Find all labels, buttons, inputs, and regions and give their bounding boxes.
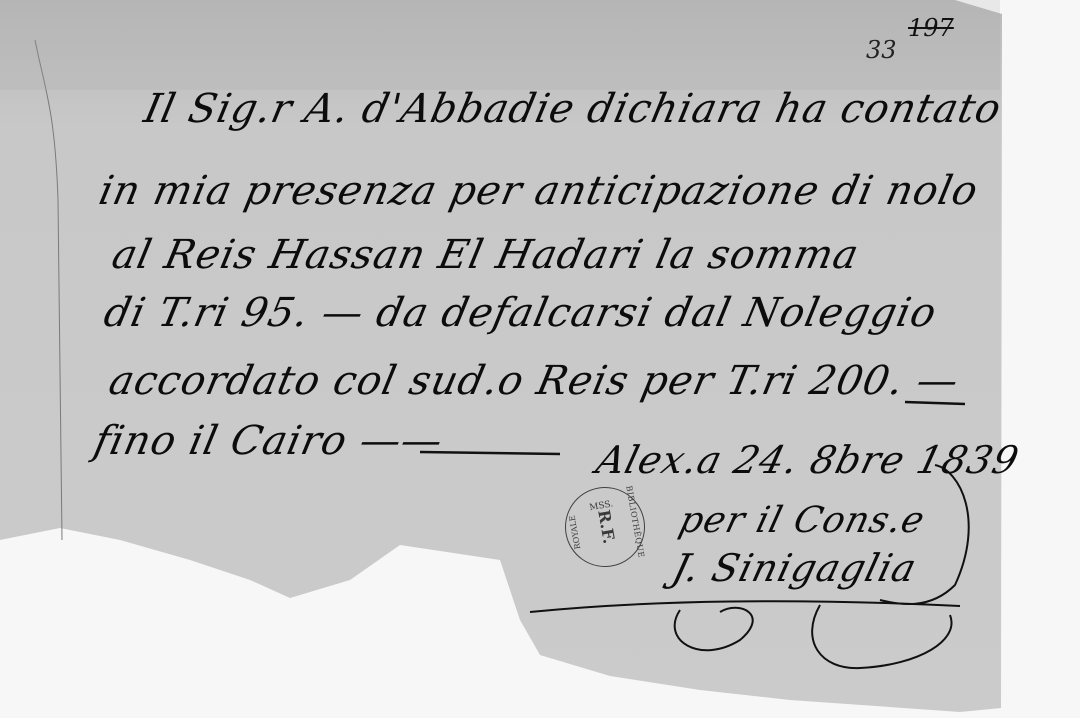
text-line-2: in mia presenza per anticipazione di nol… xyxy=(95,168,982,214)
signature-line-1: per il Cons.e xyxy=(675,500,929,541)
folio-number-crossed: 197 xyxy=(908,14,954,42)
text-line-1: Il Sig.r A. d'Abbadie dichiara ha contat… xyxy=(140,86,1006,132)
stamp-center-text: R.F. xyxy=(590,487,622,567)
date-line: Alex.a 24. 8bre 1839 xyxy=(592,438,1024,482)
folio-number: 33 xyxy=(866,36,897,64)
signature-line-2: J. Sinigaglia xyxy=(668,546,922,590)
text-line-6: fino il Cairo —— xyxy=(90,418,447,464)
document-scan: 197 33 Il Sig.r A. d'Abbadie dichiara ha… xyxy=(0,0,1080,718)
text-line-4: di T.ri 95. — da defalcarsi dal Noleggio xyxy=(100,290,941,336)
text-line-5: accordato col sud.o Reis per T.ri 200. — xyxy=(105,358,963,404)
text-line-3: al Reis Hassan El Hadari la somma xyxy=(108,232,863,278)
